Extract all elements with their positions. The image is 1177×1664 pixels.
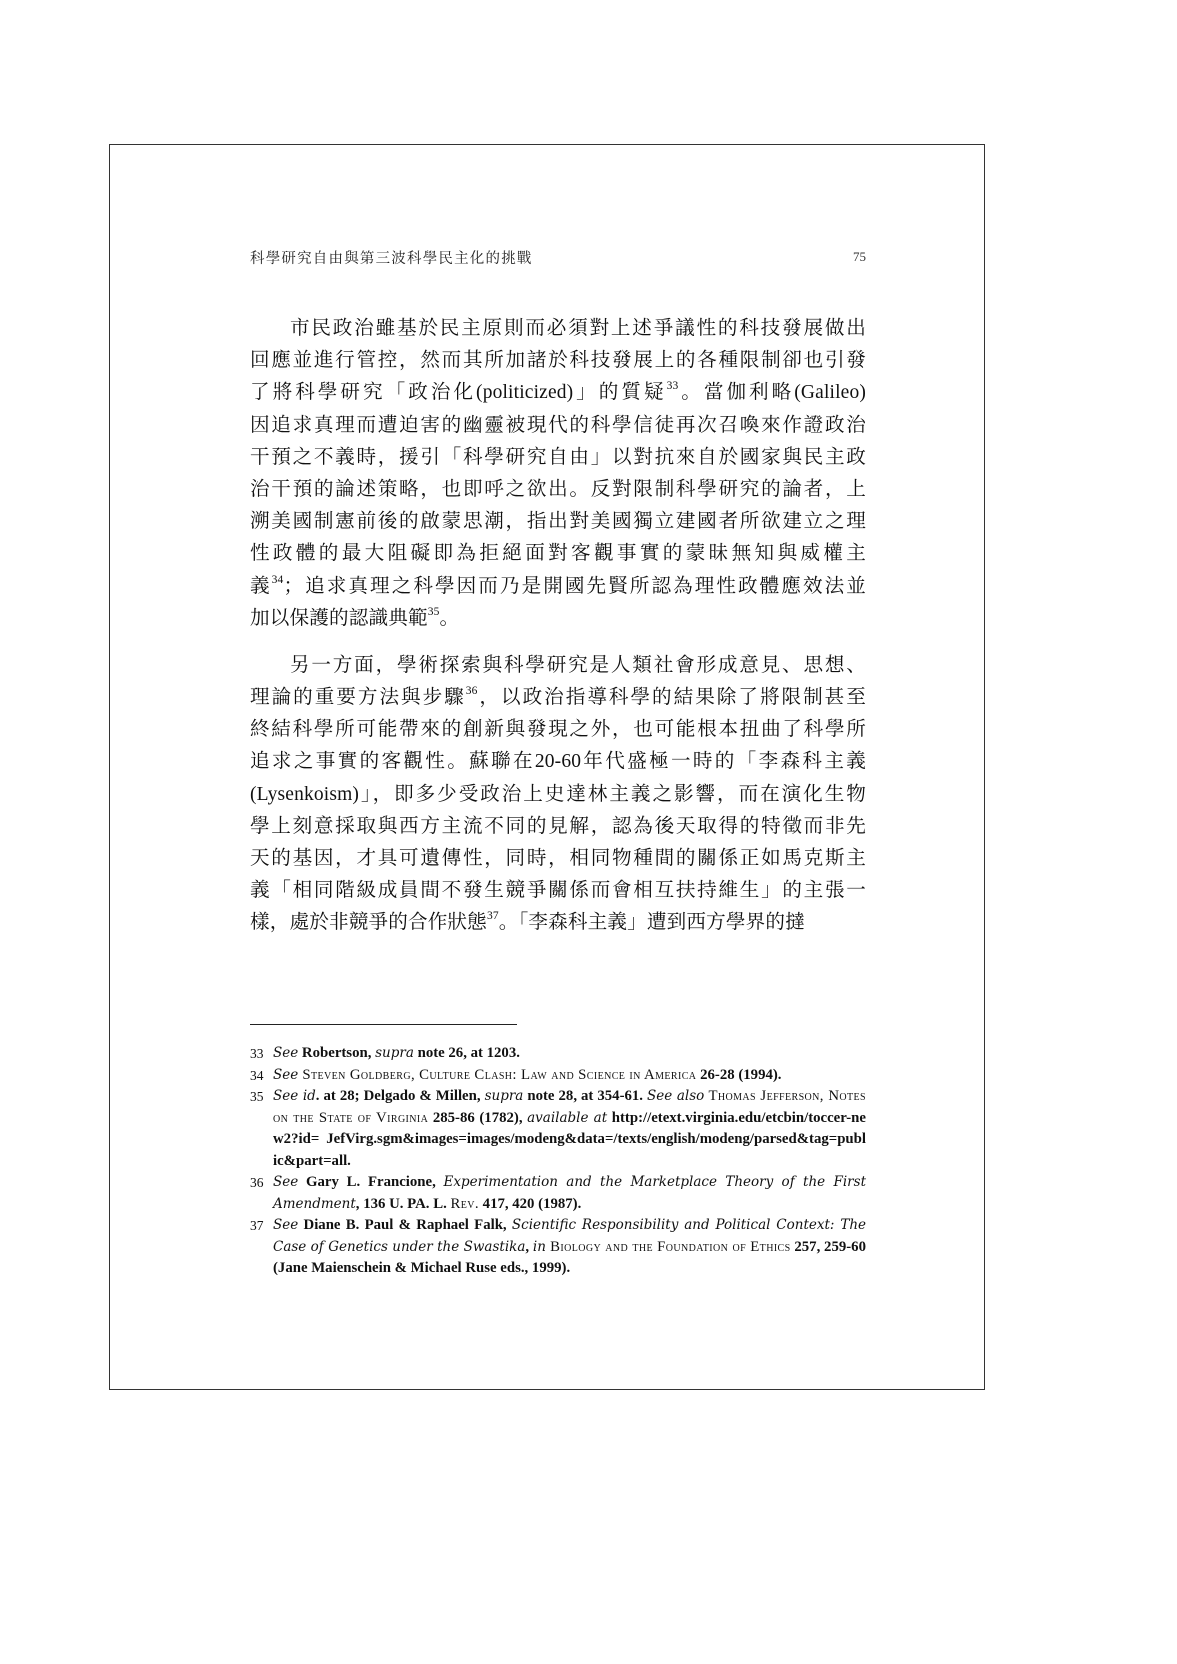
line-text: 學上刻意採取與西方主流不同的見解，認為後天取得的特徵而非先: [250, 814, 866, 837]
footnote-reference[interactable]: 33: [667, 380, 679, 392]
citation-title: Biology and the Foundation of Ethics: [546, 1239, 791, 1255]
text-line: 治干預的論述策略，也即呼之欲出。反對限制科學研究的論者，上: [250, 473, 866, 505]
footnote-reference[interactable]: 35: [428, 606, 440, 618]
citation-text: . at 28; Delgado & Millen,: [316, 1088, 485, 1104]
text-line: 性政體的最大阻礙即為拒絕面對客觀事實的蒙昧無知與威權主: [250, 537, 866, 569]
paragraph: 市民政治雖基於民主原則而必須對上述爭議性的科技發展做出回應並進行管控，然而其所加…: [250, 312, 866, 634]
footnotes: 33See Robertson, supra note 26, at 1203.…: [250, 1043, 866, 1280]
citation-italic: See: [273, 1217, 298, 1233]
text-line: 回應並進行管控，然而其所加諸於科技發展上的各種限制卻也引發: [250, 344, 866, 376]
line-text: 」，即多少受政治上史達林主義之影響，而在演化生物: [359, 782, 866, 805]
text-line: 理論的重要方法與步驟36，以政治指導科學的結果除了將限制甚至: [250, 681, 866, 713]
citation-italic: in: [533, 1239, 546, 1255]
citation-italic: supra: [485, 1088, 524, 1104]
line-text: 」的質疑: [573, 380, 666, 403]
line-text: 理論的重要方法與步驟: [250, 685, 466, 708]
latin-term: (politicized): [476, 382, 573, 403]
citation-italic: See also: [647, 1088, 704, 1104]
line-text: 治干預的論述策略，也即呼之欲出。反對限制科學研究的論者，上: [250, 477, 866, 500]
line-text: 義: [250, 574, 272, 597]
footnote-number: 33: [250, 1043, 264, 1065]
citation-italic: See id: [273, 1088, 316, 1104]
line-text: 年代盛極一時的「李森科主義: [581, 749, 866, 772]
citation-text: Robertson,: [298, 1045, 375, 1061]
citation-italic: See: [273, 1067, 298, 1083]
line-text: ；追求真理之科學因而乃是開國先賢所認為理性政體應效法並: [283, 574, 866, 597]
body-text: 市民政治雖基於民主原則而必須對上述爭議性的科技發展做出回應並進行管控，然而其所加…: [250, 312, 866, 939]
citation-italic: available at: [527, 1110, 607, 1126]
citation-text: 285-86 (1782),: [428, 1110, 527, 1126]
text-line: 因追求真理而遭迫害的幽靈被現代的科學信徒再次召喚來作證政治: [250, 409, 866, 441]
citation-text: Diane B. Paul & Raphael Falk,: [298, 1217, 512, 1233]
text-line: 溯美國制憲前後的啟蒙思潮，指出對美國獨立建國者所欲建立之理: [250, 505, 866, 537]
line-text: ，以政治指導科學的結果除了將限制甚至: [478, 685, 866, 708]
line-text: 溯美國制憲前後的啟蒙思潮，指出對美國獨立建國者所欲建立之理: [250, 509, 866, 532]
page-number: 75: [853, 249, 866, 265]
line-text: 了將科學研究「政治化: [250, 380, 476, 403]
text-line: 追求之事實的客觀性。蘇聯在20-60年代盛極一時的「李森科主義: [250, 745, 866, 777]
latin-term: (Lysenkoism): [250, 784, 359, 805]
footnote-separator: [250, 1024, 517, 1025]
line-text: 。當伽利略: [678, 380, 794, 403]
line-text: 性政體的最大阻礙即為拒絕面對客觀事實的蒙昧無知與威權主: [250, 541, 866, 564]
paragraph: 另一方面，學術探索與科學研究是人類社會形成意見、思想、理論的重要方法與步驟36，…: [250, 649, 866, 939]
citation-text: Gary L. Francione,: [298, 1174, 443, 1190]
citation-text: , 136 U. PA. L.: [356, 1196, 451, 1212]
footnote-33: 33See Robertson, supra note 26, at 1203.: [250, 1043, 866, 1065]
text-line: 終結科學所可能帶來的創新與發現之外，也可能根本扭曲了科學所: [250, 713, 866, 745]
text-line: 義34；追求真理之科學因而乃是開國先賢所認為理性政體應效法並: [250, 570, 866, 602]
text-line: 學上刻意採取與西方主流不同的見解，認為後天取得的特徵而非先: [250, 810, 866, 842]
text-line: 樣，處於非競爭的合作狀態37。「李森科主義」遭到西方學界的撻: [250, 906, 866, 938]
footnote-number: 34: [250, 1065, 264, 1087]
citation-text: ,: [525, 1239, 533, 1255]
line-text: 。「李森科主義」遭到西方學界的撻: [499, 910, 805, 933]
line-text: 天的基因，才具可遺傳性，同時，相同物種間的關係正如馬克斯主: [250, 846, 866, 869]
line-text: 市民政治雖基於民主原則而必須對上述爭議性的科技發展做出: [290, 316, 866, 339]
latin-term: (Galileo): [794, 382, 866, 403]
text-line: 了將科學研究「政治化(politicized)」的質疑33。當伽利略(Galil…: [250, 376, 866, 408]
footnote-number: 36: [250, 1172, 264, 1194]
footnote-reference[interactable]: 34: [272, 574, 284, 586]
citation-text: note 26, at 1203.: [414, 1045, 520, 1061]
line-text: 終結科學所可能帶來的創新與發現之外，也可能根本扭曲了科學所: [250, 717, 866, 740]
text-line: (Lysenkoism)」，即多少受政治上史達林主義之影響，而在演化生物: [250, 778, 866, 810]
citation-text: 26-28 (1994).: [696, 1067, 781, 1083]
line-text: 。: [440, 606, 460, 629]
line-text: 另一方面，學術探索與科學研究是人類社會形成意見、思想、: [290, 653, 866, 676]
footnote-36: 36See Gary L. Francione, Experimentation…: [250, 1172, 866, 1215]
footnote-reference[interactable]: 37: [487, 910, 499, 922]
latin-term: 20-60: [535, 751, 581, 772]
footnote-reference[interactable]: 36: [466, 685, 478, 697]
footnote-34: 34See Steven Goldberg, Culture Clash: La…: [250, 1065, 866, 1087]
line-text: 因追求真理而遭迫害的幽靈被現代的科學信徒再次召喚來作證政治: [250, 413, 866, 436]
footnote-37: 37See Diane B. Paul & Raphael Falk, Scie…: [250, 1215, 866, 1280]
text-line: 天的基因，才具可遺傳性，同時，相同物種間的關係正如馬克斯主: [250, 842, 866, 874]
citation-title: Rev.: [450, 1196, 479, 1212]
citation-text: note 28, at 354-61.: [523, 1088, 647, 1104]
footnote-number: 35: [250, 1086, 264, 1108]
footnote-35: 35See id. at 28; Delgado & Millen, supra…: [250, 1086, 866, 1172]
text-line: 加以保護的認識典範35。: [250, 602, 866, 634]
line-text: 加以保護的認識典範: [250, 606, 428, 629]
line-text: 義「相同階級成員間不發生競爭關係而會相互扶持維生」的主張一: [250, 878, 866, 901]
running-title: 科學研究自由與第三波科學民主化的挑戰: [250, 247, 533, 268]
citation-title: Steven Goldberg, Culture Clash: Law and …: [298, 1067, 696, 1083]
text-line: 市民政治雖基於民主原則而必須對上述爭議性的科技發展做出: [250, 312, 866, 344]
citation-text: 417, 420 (1987).: [479, 1196, 581, 1212]
line-text: 追求之事實的客觀性。蘇聯在: [250, 749, 535, 772]
text-line: 干預之不義時，援引「科學研究自由」以對抗來自於國家與民主政: [250, 441, 866, 473]
footnote-number: 37: [250, 1215, 264, 1237]
citation-italic: supra: [375, 1045, 414, 1061]
citation-italic: See: [273, 1174, 298, 1190]
line-text: 回應並進行管控，然而其所加諸於科技發展上的各種限制卻也引發: [250, 348, 866, 371]
text-line: 另一方面，學術探索與科學研究是人類社會形成意見、思想、: [250, 649, 866, 681]
text-line: 義「相同階級成員間不發生競爭關係而會相互扶持維生」的主張一: [250, 874, 866, 906]
line-text: 樣，處於非競爭的合作狀態: [250, 910, 487, 933]
running-header: 科學研究自由與第三波科學民主化的挑戰 75: [250, 247, 866, 269]
line-text: 干預之不義時，援引「科學研究自由」以對抗來自於國家與民主政: [250, 445, 866, 468]
citation-italic: See: [273, 1045, 298, 1061]
